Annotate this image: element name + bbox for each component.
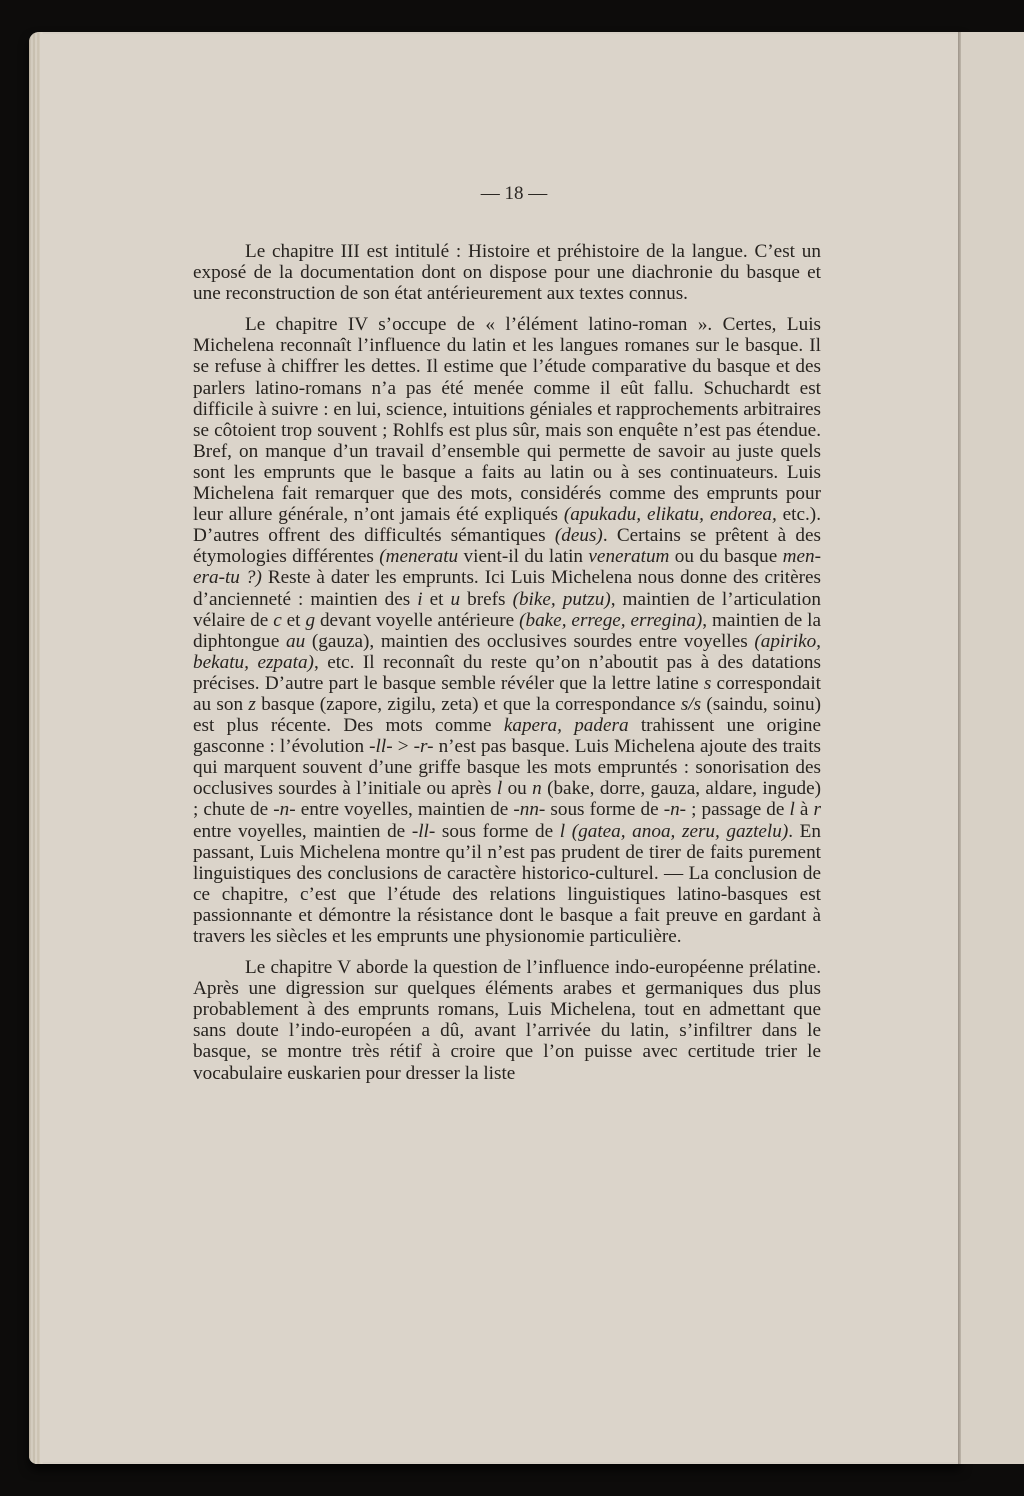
paragraph-chapitre-iv: Le chapitre IV s’occupe de « l’élément l… <box>193 314 821 947</box>
body-text: Le chapitre III est intitulé : Histoire … <box>193 241 821 1094</box>
page-number: — 18 — <box>0 183 1024 205</box>
paragraph-chapitre-iii: Le chapitre III est intitulé : Histoire … <box>193 241 821 304</box>
facing-page-edge <box>961 32 1024 1464</box>
paragraph-chapitre-v: Le chapitre V aborde la question de l’in… <box>193 957 821 1084</box>
